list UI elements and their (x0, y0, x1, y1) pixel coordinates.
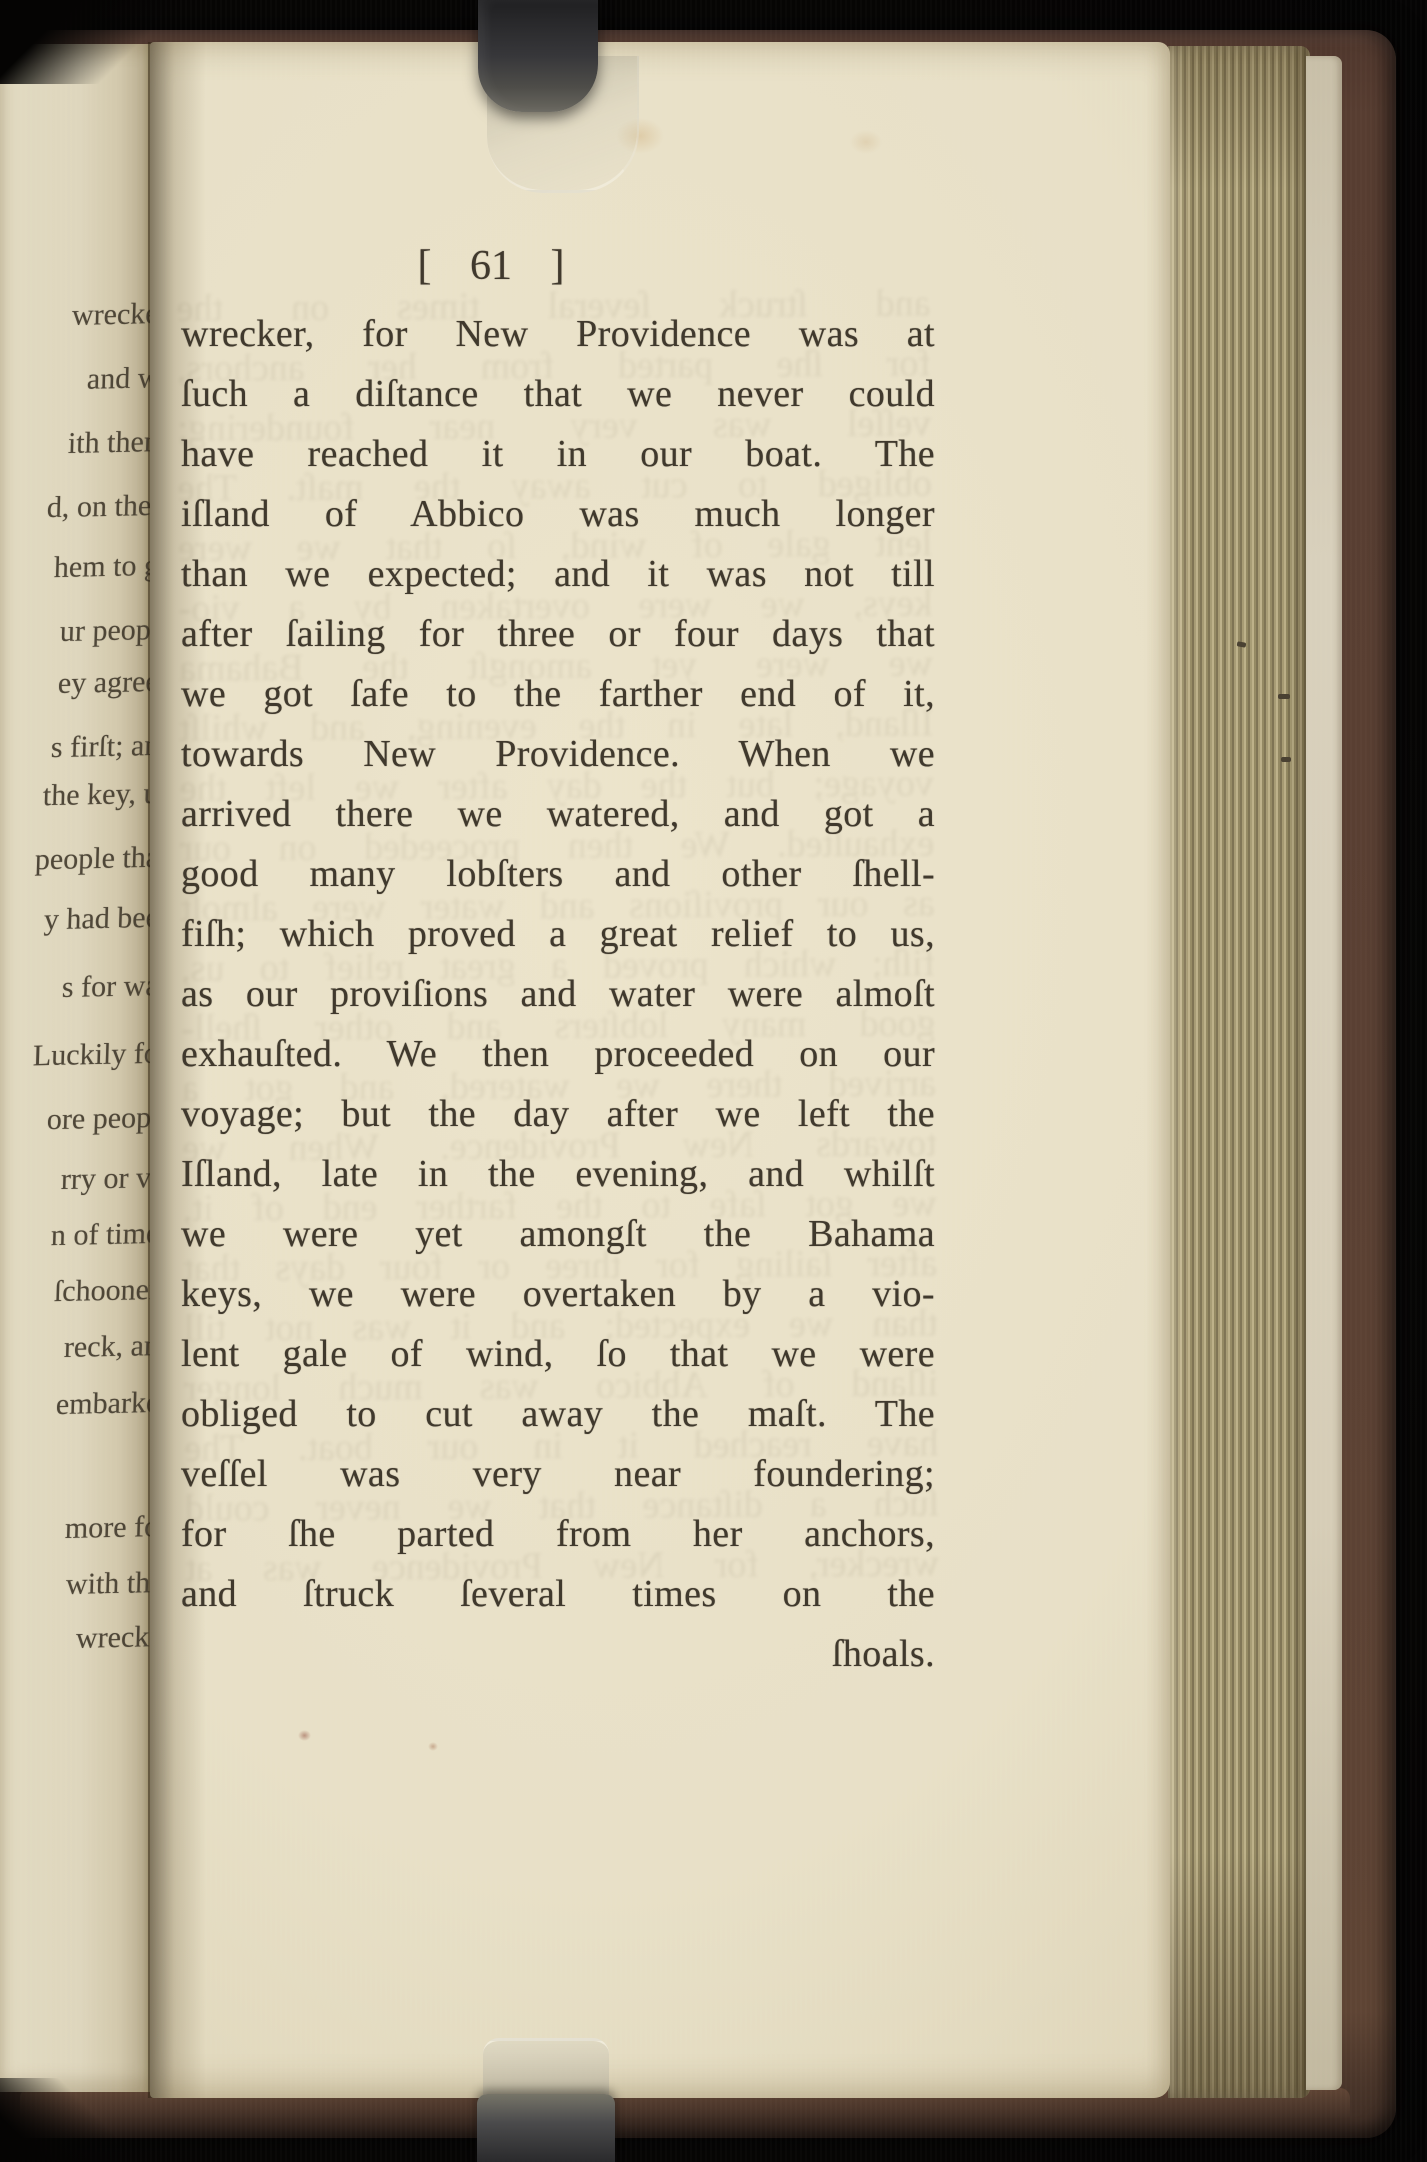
text-line: we got ſafe to the farther end of it, (181, 672, 935, 732)
catchword: ſhoals. (181, 1632, 935, 1692)
text-line: for ſhe parted from her anchors, (181, 1512, 935, 1572)
top-left-corner-shadow (0, 0, 170, 84)
fore-edge-mark (1281, 757, 1291, 762)
facing-page-text-fragment: with thi (66, 1568, 152, 1600)
text-line: exhauſted. We then proceeded on our (181, 1032, 935, 1092)
facing-page-text-fragment: ſchooner (54, 1275, 152, 1307)
facing-page-text-fragment: s for wa (62, 971, 152, 1003)
facing-page-text-fragment: ey agree (58, 667, 152, 699)
facing-page-text-fragment: d, on thei (46, 491, 152, 523)
page-number: [ 61 ] (181, 242, 801, 290)
facing-page-text-fragment: people tha (34, 843, 152, 876)
facing-page-text-fragment: ore peopl (46, 1103, 152, 1135)
text-line: arrived there we watered, and got a (181, 792, 935, 852)
text-line: good many lobſters and other ſhell- (181, 852, 935, 912)
facing-page-text-fragment: the key, u (43, 779, 152, 811)
facing-page-text-fragment: y had bee (44, 903, 152, 935)
facing-page-text-fragment: ur peopl (59, 615, 152, 647)
text-line: wrecker, for New Providence was at (181, 312, 935, 372)
fore-edge-mark (1278, 694, 1290, 699)
facing-page-text-fragment: hem to g (53, 551, 152, 583)
text-line: and ſtruck ſeveral times on the (181, 1572, 935, 1632)
facing-page-text-fragment: Luckily fo (33, 1039, 152, 1072)
body-text-block: wrecker, for New Providence was atſuch a… (181, 312, 935, 1692)
text-line: as our proviſions and water were almoſt (181, 972, 935, 1032)
fore-edge-page-stack (1168, 46, 1310, 2098)
facing-page-text-fragment: more fo (64, 1512, 152, 1544)
text-line: after ſailing for three or four days tha… (181, 612, 935, 672)
facing-page-text-fragment: embarke (55, 1388, 152, 1420)
text-line: we were yet amongſt the Bahama (181, 1212, 935, 1272)
text-line: ſuch a diſtance that we never could (181, 372, 935, 432)
text-line: iſland of Abbico was much longer (181, 492, 935, 552)
text-line: obliged to cut away the maſt. The (181, 1392, 935, 1452)
text-line: lent gale of wind, ſo that we were (181, 1332, 935, 1392)
facing-page-text-fragment: wrecke (72, 299, 152, 331)
bottom-left-corner-shadow (0, 2078, 120, 2162)
text-line: than we expected; and it was not till (181, 552, 935, 612)
photograph-stage: wreckeand with thend, on theihem to gur … (0, 0, 1427, 2162)
text-line: keys, we were overtaken by a vio- (181, 1272, 935, 1332)
facing-page-text-fragment: wreck- (75, 1622, 152, 1654)
bottom-page-holder-strap (477, 2094, 615, 2162)
facing-page-text-fragment: n of time (50, 1219, 152, 1251)
endpaper-sliver (1306, 56, 1342, 2090)
text-line: veſſel was very near foundering; (181, 1452, 935, 1512)
facing-page-text-fragment: ith then (68, 427, 152, 459)
text-line: voyage; but the day after we left the (181, 1092, 935, 1152)
text-line: fiſh; which proved a great relief to us, (181, 912, 935, 972)
facing-page-sliver: wreckeand with thend, on theihem to gur … (0, 44, 152, 2092)
text-line: have reached it in our boat. The (181, 432, 935, 492)
facing-page-text-fragment: s firſt; an (50, 731, 152, 763)
top-page-holder-strap (478, 0, 598, 112)
facing-page-text-fragment: and w (86, 363, 152, 395)
text-line: towards New Providence. When we (181, 732, 935, 792)
facing-page-text-fragment: rry or vi (60, 1163, 152, 1195)
text-line: Iſland, late in the evening, and whilſt (181, 1152, 935, 1212)
facing-page-text-fragment: reck, an (64, 1331, 152, 1363)
